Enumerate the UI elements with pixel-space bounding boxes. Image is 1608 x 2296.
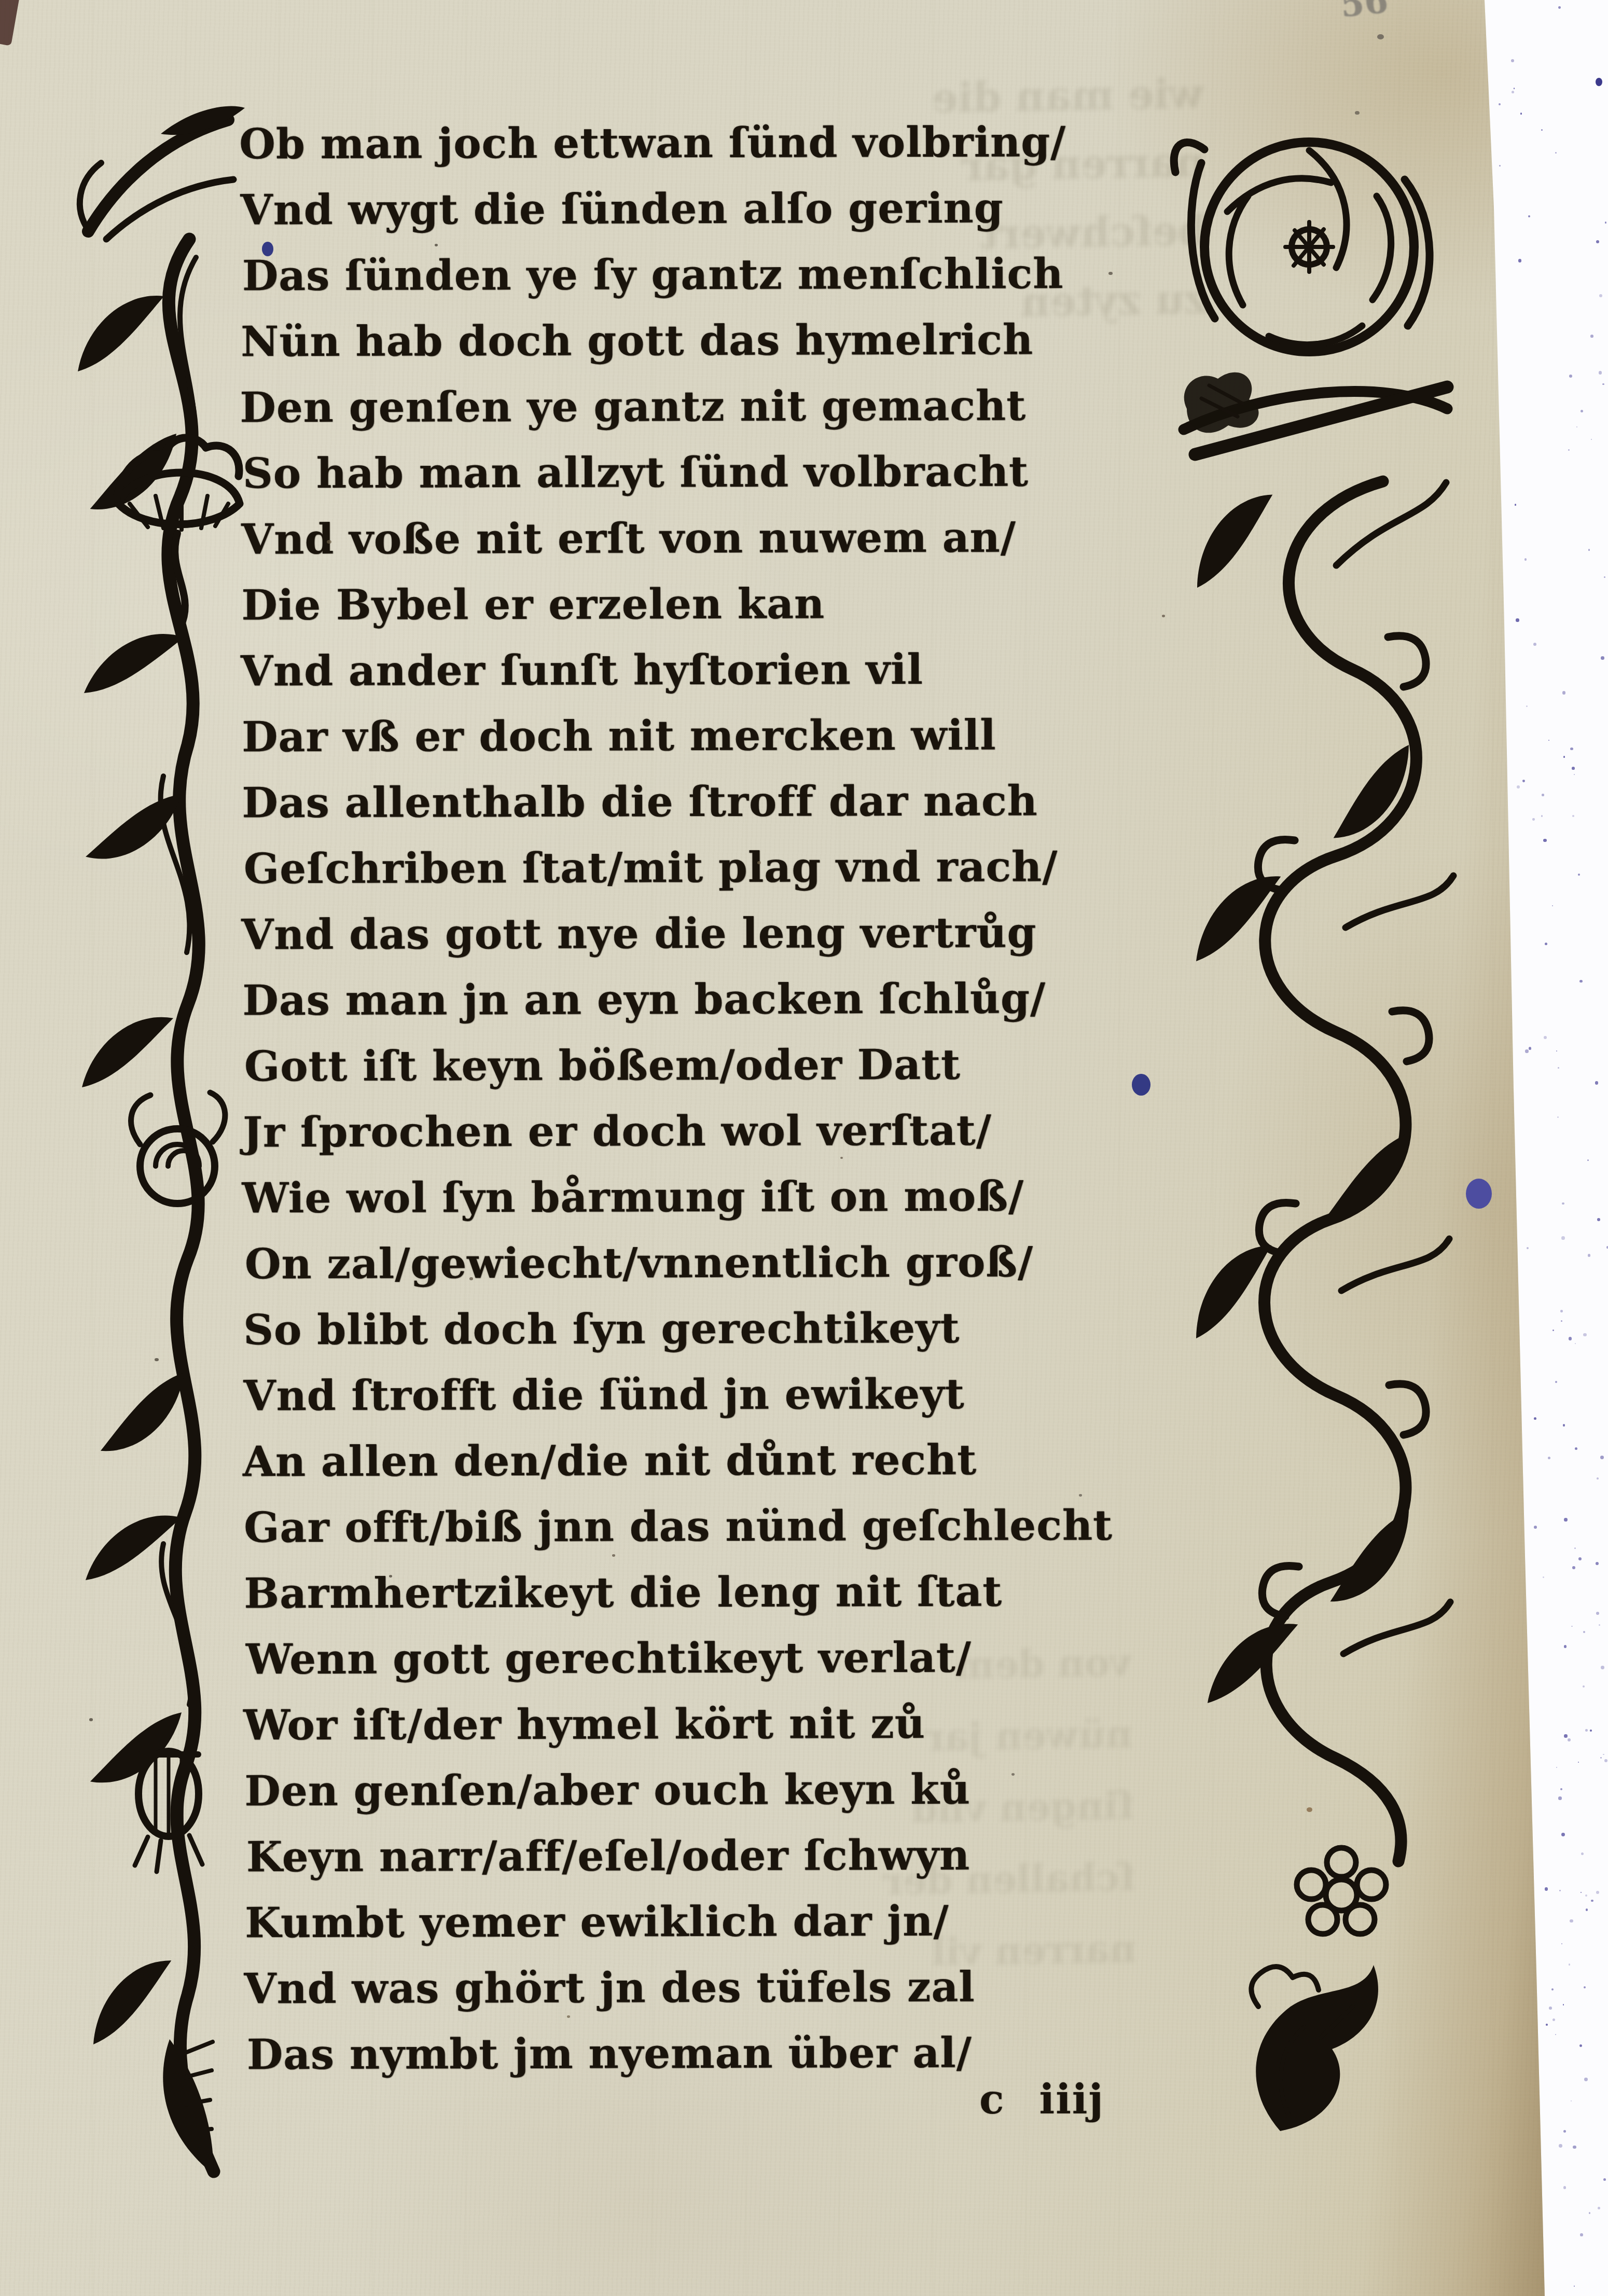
scanner-dust-speck xyxy=(1571,2100,1572,2101)
blue-ink-dot-small xyxy=(262,242,273,256)
scanner-dust-speck xyxy=(1528,215,1530,217)
scanner-dust-speck xyxy=(1575,1343,1576,1345)
scanner-dust-speck xyxy=(1512,91,1514,93)
scanner-dust-speck xyxy=(1556,1050,1557,1052)
scanner-dust-speck xyxy=(1583,1333,1587,1337)
verse-line: Ob man joch ettwan ſünd volbring/ xyxy=(239,109,1168,177)
scanner-dust-speck xyxy=(1604,1759,1607,1762)
scanner-dust-speck xyxy=(1556,1767,1557,1768)
paper-speck xyxy=(89,1718,93,1721)
scanned-book-page: 56 wie man dienarren garbeſchwertzu zyte… xyxy=(0,0,1608,2296)
folio-number-pencil: 56 xyxy=(1338,0,1390,25)
scanner-dust-speck xyxy=(1557,1116,1559,1118)
verse-line: So blibt doch ſyn gerechtikeyt xyxy=(243,1295,1172,1363)
scanner-dust-speck xyxy=(1591,439,1592,440)
scanner-dust-speck xyxy=(1533,643,1536,646)
paper-speck xyxy=(435,244,438,246)
scanner-dust-speck xyxy=(1571,1626,1572,1627)
scanner-dust-speck xyxy=(1600,1456,1604,1459)
scanner-dust-speck xyxy=(1599,371,1602,375)
scanner-dust-speck xyxy=(1563,2004,1564,2005)
scanner-dust-speck xyxy=(1568,1738,1571,1741)
scanner-dust-speck xyxy=(1601,656,1604,660)
scanner-dust-speck xyxy=(1543,839,1547,842)
scanner-dust-speck xyxy=(1589,2212,1591,2214)
scanner-dust-speck xyxy=(1561,1236,1565,1240)
verse-line: Wor iſt/der hymel kört nit zů xyxy=(243,1690,1172,1759)
scanner-dust-speck xyxy=(1597,1477,1599,1479)
scanner-dust-speck xyxy=(1578,874,1580,876)
scanner-dust-speck xyxy=(1599,294,1602,297)
scanner-dust-speck xyxy=(1601,1666,1604,1669)
scanner-dust-speck xyxy=(1576,426,1577,427)
scanner-dust-speck xyxy=(1552,905,1553,906)
scanner-dust-speck xyxy=(1499,165,1501,167)
scanner-dust-speck xyxy=(1541,129,1543,131)
scanner-dust-speck xyxy=(1573,2146,1576,2149)
scanner-dust-speck xyxy=(1591,1900,1593,1902)
scanner-dust-speck xyxy=(1584,2078,1588,2081)
paper-speck xyxy=(567,2015,570,2018)
verse-text-block: Ob man joch ettwan ſünd volbring/Vnd wyg… xyxy=(240,109,1174,2088)
verse-line: Vnd was ghört jn des tüfels zal xyxy=(244,1954,1172,2022)
verse-line: Barmhertzikeyt die leng nit ſtat xyxy=(244,1558,1172,1627)
verse-line: Wenn gott gerechtikeyt verlat/ xyxy=(246,1624,1174,1693)
scanner-dust-speck xyxy=(1581,1852,1584,1855)
scanner-dust-speck xyxy=(1534,1526,1537,1529)
scanner-dust-speck xyxy=(1545,1887,1548,1890)
scanner-dust-speck xyxy=(1524,558,1527,560)
verse-line: On zal/gewiecht/vnnentlich groß/ xyxy=(245,1229,1173,1297)
scanner-dust-speck xyxy=(1583,1685,1585,1688)
scanner-dust-speck xyxy=(1574,774,1575,775)
verse-line: Vnd voße nit erſt von nuwem an/ xyxy=(241,504,1170,573)
scanner-dust-speck xyxy=(1603,2178,1606,2181)
verse-line: Vnd das gott nye die leng vertrůg xyxy=(241,900,1170,968)
scanner-dust-speck xyxy=(1559,2144,1562,2148)
scanner-dust-speck xyxy=(1597,1218,1600,1221)
scanner-dust-speck xyxy=(1602,383,1604,385)
scanner-dust-speck xyxy=(1561,1833,1565,1836)
verse-line: Vnd ander ſunſt hyſtorien vil xyxy=(241,636,1169,704)
scanner-dust-speck xyxy=(1596,240,1599,243)
scanner-dust-speck xyxy=(1588,1254,1590,1256)
signature-numeral: iiij xyxy=(1039,2076,1104,2123)
scanner-dust-speck xyxy=(1581,1892,1582,1893)
right-rose-acanthus-border-woodcut xyxy=(1165,118,1458,2141)
scanner-dust-speck xyxy=(1579,2044,1582,2047)
verse-line: Keyn narr/aff/eſel/oder ſchwyn xyxy=(246,1822,1175,1890)
signature-letter: c xyxy=(979,2076,1005,2123)
scanner-dust-speck xyxy=(1522,780,1525,782)
scanner-dust-speck xyxy=(1605,222,1607,224)
scanner-dust-speck xyxy=(1561,1320,1562,1322)
scanner-dust-speck xyxy=(1541,815,1543,817)
scanner-dust-speck xyxy=(1555,1381,1557,1383)
scanner-dust-speck xyxy=(1499,103,1501,105)
scanner-dust-speck xyxy=(1590,1730,1591,1731)
verse-line: Vnd wygt die ſünden alſo gering xyxy=(240,175,1169,243)
scanner-dust-speck xyxy=(1579,980,1583,983)
paper-speck xyxy=(1162,615,1165,617)
scanner-dust-speck xyxy=(1515,504,1517,506)
scanner-dust-speck xyxy=(1581,410,1583,412)
verse-line: Das allenthalb die ſtroff dar nach xyxy=(242,768,1170,836)
scanner-dust-speck xyxy=(1529,1047,1531,1049)
verse-line: Gott iſt keyn bößem/oder Datt xyxy=(244,1031,1173,1100)
verse-line: Gar offt/biß jnn das nünd geſchlecht xyxy=(244,1492,1172,1561)
blue-ink-dot-medium xyxy=(1132,1074,1150,1096)
scanner-dust-speck xyxy=(1562,691,1566,695)
scanner-dust-speck xyxy=(1596,1562,1599,1565)
scanner-dust-speck xyxy=(1527,1247,1529,1249)
scanner-dust-speck xyxy=(1572,815,1574,817)
paper-speck xyxy=(1377,34,1384,39)
quire-signature: ciiij xyxy=(979,2076,1104,2123)
scanner-dust-speck xyxy=(1534,1417,1536,1420)
page-paper: 56 wie man dienarren garbeſchwertzu zyte… xyxy=(0,0,1608,2296)
paper-speck xyxy=(612,1554,615,1557)
scanner-dust-speck xyxy=(1520,113,1522,114)
verse-line: Vnd ſtrofft die ſünd jn ewikeyt xyxy=(243,1361,1172,1429)
scanner-dust-speck xyxy=(1583,1631,1585,1633)
scanner-dust-speck xyxy=(1578,1557,1582,1560)
left-floral-border-woodcut xyxy=(57,102,250,2182)
verse-line: Das ſünden ye ſy gantz menſchlich xyxy=(242,241,1171,309)
scanner-dust-speck xyxy=(1560,1310,1563,1312)
corner-ink-mark xyxy=(0,0,20,46)
paper-speck xyxy=(840,1157,843,1159)
scanner-dust-speck xyxy=(1548,740,1549,741)
scanner-dust-speck xyxy=(1542,794,1544,796)
scanner-dust-speck xyxy=(1558,1067,1559,1069)
verse-line: An allen den/die nit důnt recht xyxy=(243,1427,1171,1495)
scanner-dust-speck xyxy=(1585,1729,1588,1732)
scanner-dust-blob xyxy=(1596,78,1602,86)
verse-line: So hab man allzyt ſünd volbracht xyxy=(243,438,1171,507)
scanner-dust-speck xyxy=(1569,1337,1572,1340)
scanner-dust-speck xyxy=(1603,1754,1604,1755)
paper-speck xyxy=(1355,111,1360,115)
scanner-dust-speck xyxy=(1563,1424,1565,1427)
paper-speck xyxy=(389,1575,392,1578)
verse-line: Wie wol ſyn bårmung iſt on moß/ xyxy=(242,1163,1170,1232)
scanner-dust-speck xyxy=(1514,88,1515,89)
scanner-dust-speck xyxy=(1563,2186,1566,2189)
scanner-dust-speck xyxy=(1580,2233,1583,2236)
scanner-dust-speck xyxy=(1564,1645,1567,1648)
scanner-dust-speck xyxy=(1543,1576,1544,1578)
scanner-dust-speck xyxy=(1572,767,1575,770)
scanner-dust-speck xyxy=(1574,2286,1575,2287)
scanner-dust-speck xyxy=(1518,259,1521,262)
paper-speck xyxy=(1307,1807,1312,1812)
scanner-dust-speck xyxy=(1570,748,1573,751)
scanner-dust-speck xyxy=(1574,1547,1576,1549)
verse-line: Das man jn an eyn backen ſchlůg/ xyxy=(242,965,1171,1034)
verse-line: Jr ſprochen er doch wol verſtat/ xyxy=(243,1097,1171,1166)
blue-ink-dot-large xyxy=(1466,1179,1492,1209)
scanner-dust-speck xyxy=(1584,1986,1586,1988)
scanner-dust-speck xyxy=(1569,1963,1570,1965)
paper-speck xyxy=(757,861,761,864)
scanner-dust-speck xyxy=(1558,6,1561,9)
scanner-dust-speck xyxy=(1587,1159,1589,1161)
scanner-dust-speck xyxy=(1563,2130,1566,2133)
scanner-dust-speck xyxy=(1560,1788,1562,1790)
scanner-dust-speck xyxy=(1545,943,1547,945)
scanner-dust-speck xyxy=(1586,1908,1588,1911)
scanner-dust-speck xyxy=(1596,1612,1599,1615)
verse-line: Den genſen ye gantz nit gemacht xyxy=(240,372,1168,441)
scanner-dust-speck xyxy=(1555,152,1557,154)
scanner-dust-speck xyxy=(1578,1762,1579,1763)
verse-line: Den genſen/aber ouch keyn ků xyxy=(244,1756,1173,1824)
scanner-dust-speck xyxy=(1511,59,1515,63)
verse-line: Geſchriben ſtat/mit plag vnd rach/ xyxy=(244,834,1172,902)
scanner-dust-speck xyxy=(1599,1624,1600,1626)
scanner-dust-speck xyxy=(1569,375,1572,378)
scanner-dust-speck xyxy=(1572,1566,1575,1569)
scanner-dust-speck xyxy=(1562,1202,1564,1205)
scanner-dust-speck xyxy=(1516,618,1519,622)
scanner-dust-speck xyxy=(1546,2024,1548,2026)
paper-speck xyxy=(1011,1773,1015,1776)
scanner-dust-speck xyxy=(1596,1891,1599,1894)
scanner-dust-speck xyxy=(1585,1894,1587,1897)
paper-speck xyxy=(1079,1494,1082,1497)
verse-line: Die Bybel er erzelen kan xyxy=(241,570,1170,639)
scanner-dust-speck xyxy=(1559,1890,1561,1891)
scanner-dust-speck xyxy=(1564,1734,1568,1738)
verse-line: Kumbt yemer ewiklich dar jn/ xyxy=(245,1888,1173,1956)
scanner-dust-speck xyxy=(1552,2018,1555,2021)
scanner-dust-speck xyxy=(1570,1919,1573,1923)
scanner-dust-speck xyxy=(1595,1081,1598,1084)
scanner-dust-speck xyxy=(1561,1943,1562,1944)
scanner-dust-speck xyxy=(1544,1036,1547,1039)
scanner-dust-speck xyxy=(1526,706,1528,707)
scanner-dust-speck xyxy=(1598,2207,1600,2209)
paper-speck xyxy=(270,1847,273,1850)
scanner-dust-speck xyxy=(1555,2034,1556,2035)
scanner-dust-speck xyxy=(1568,449,1570,451)
verse-line: Nün hab doch gott das hymelrich xyxy=(241,307,1169,375)
paper-speck xyxy=(469,1277,473,1280)
scanner-dust-speck xyxy=(1525,1049,1529,1053)
scanner-dust-speck xyxy=(1564,1518,1568,1522)
scanner-dust-speck xyxy=(1517,785,1520,789)
scanner-dust-speck xyxy=(1551,1988,1554,1990)
scanner-dust-speck xyxy=(1549,2007,1552,2010)
scanner-dust-speck xyxy=(1548,1457,1551,1460)
scanner-dust-speck xyxy=(1600,1757,1602,1759)
scanner-dust-speck xyxy=(1563,756,1565,757)
scanner-dust-speck xyxy=(1588,549,1590,550)
scanner-dust-speck xyxy=(1532,818,1534,820)
scanner-dust-speck xyxy=(1604,576,1605,578)
scanner-dust-speck xyxy=(1575,1447,1577,1450)
scanner-dust-speck xyxy=(1590,335,1593,338)
scanner-dust-speck xyxy=(1552,1330,1554,1331)
verse-line: Dar vß er doch nit mercken will xyxy=(242,702,1170,770)
scanner-dust-speck xyxy=(1558,1796,1561,1800)
